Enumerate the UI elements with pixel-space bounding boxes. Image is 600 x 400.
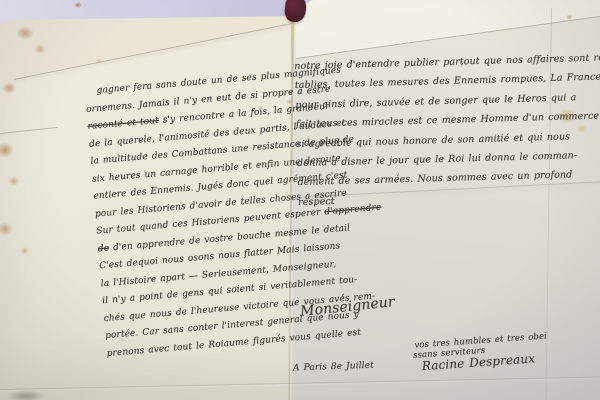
- stain-spot: [16, 26, 34, 40]
- shadow-smudge: [6, 390, 46, 400]
- stain-spot: [20, 247, 29, 255]
- stain-spot: [34, 44, 46, 54]
- right-page-text: notre joie d'entendre publier partout qu…: [294, 49, 580, 212]
- stain-spot: [74, 2, 82, 8]
- stain-spot: [2, 82, 16, 94]
- stain-spot: [8, 176, 20, 186]
- left-page-text: gagner fera sans doute un de ses plus ma…: [84, 66, 322, 363]
- photo-of-handwritten-letter: gagner fera sans doute un de ses plus ma…: [0, 0, 600, 400]
- stain-spot: [96, 58, 102, 63]
- stain-spot: [566, 14, 573, 20]
